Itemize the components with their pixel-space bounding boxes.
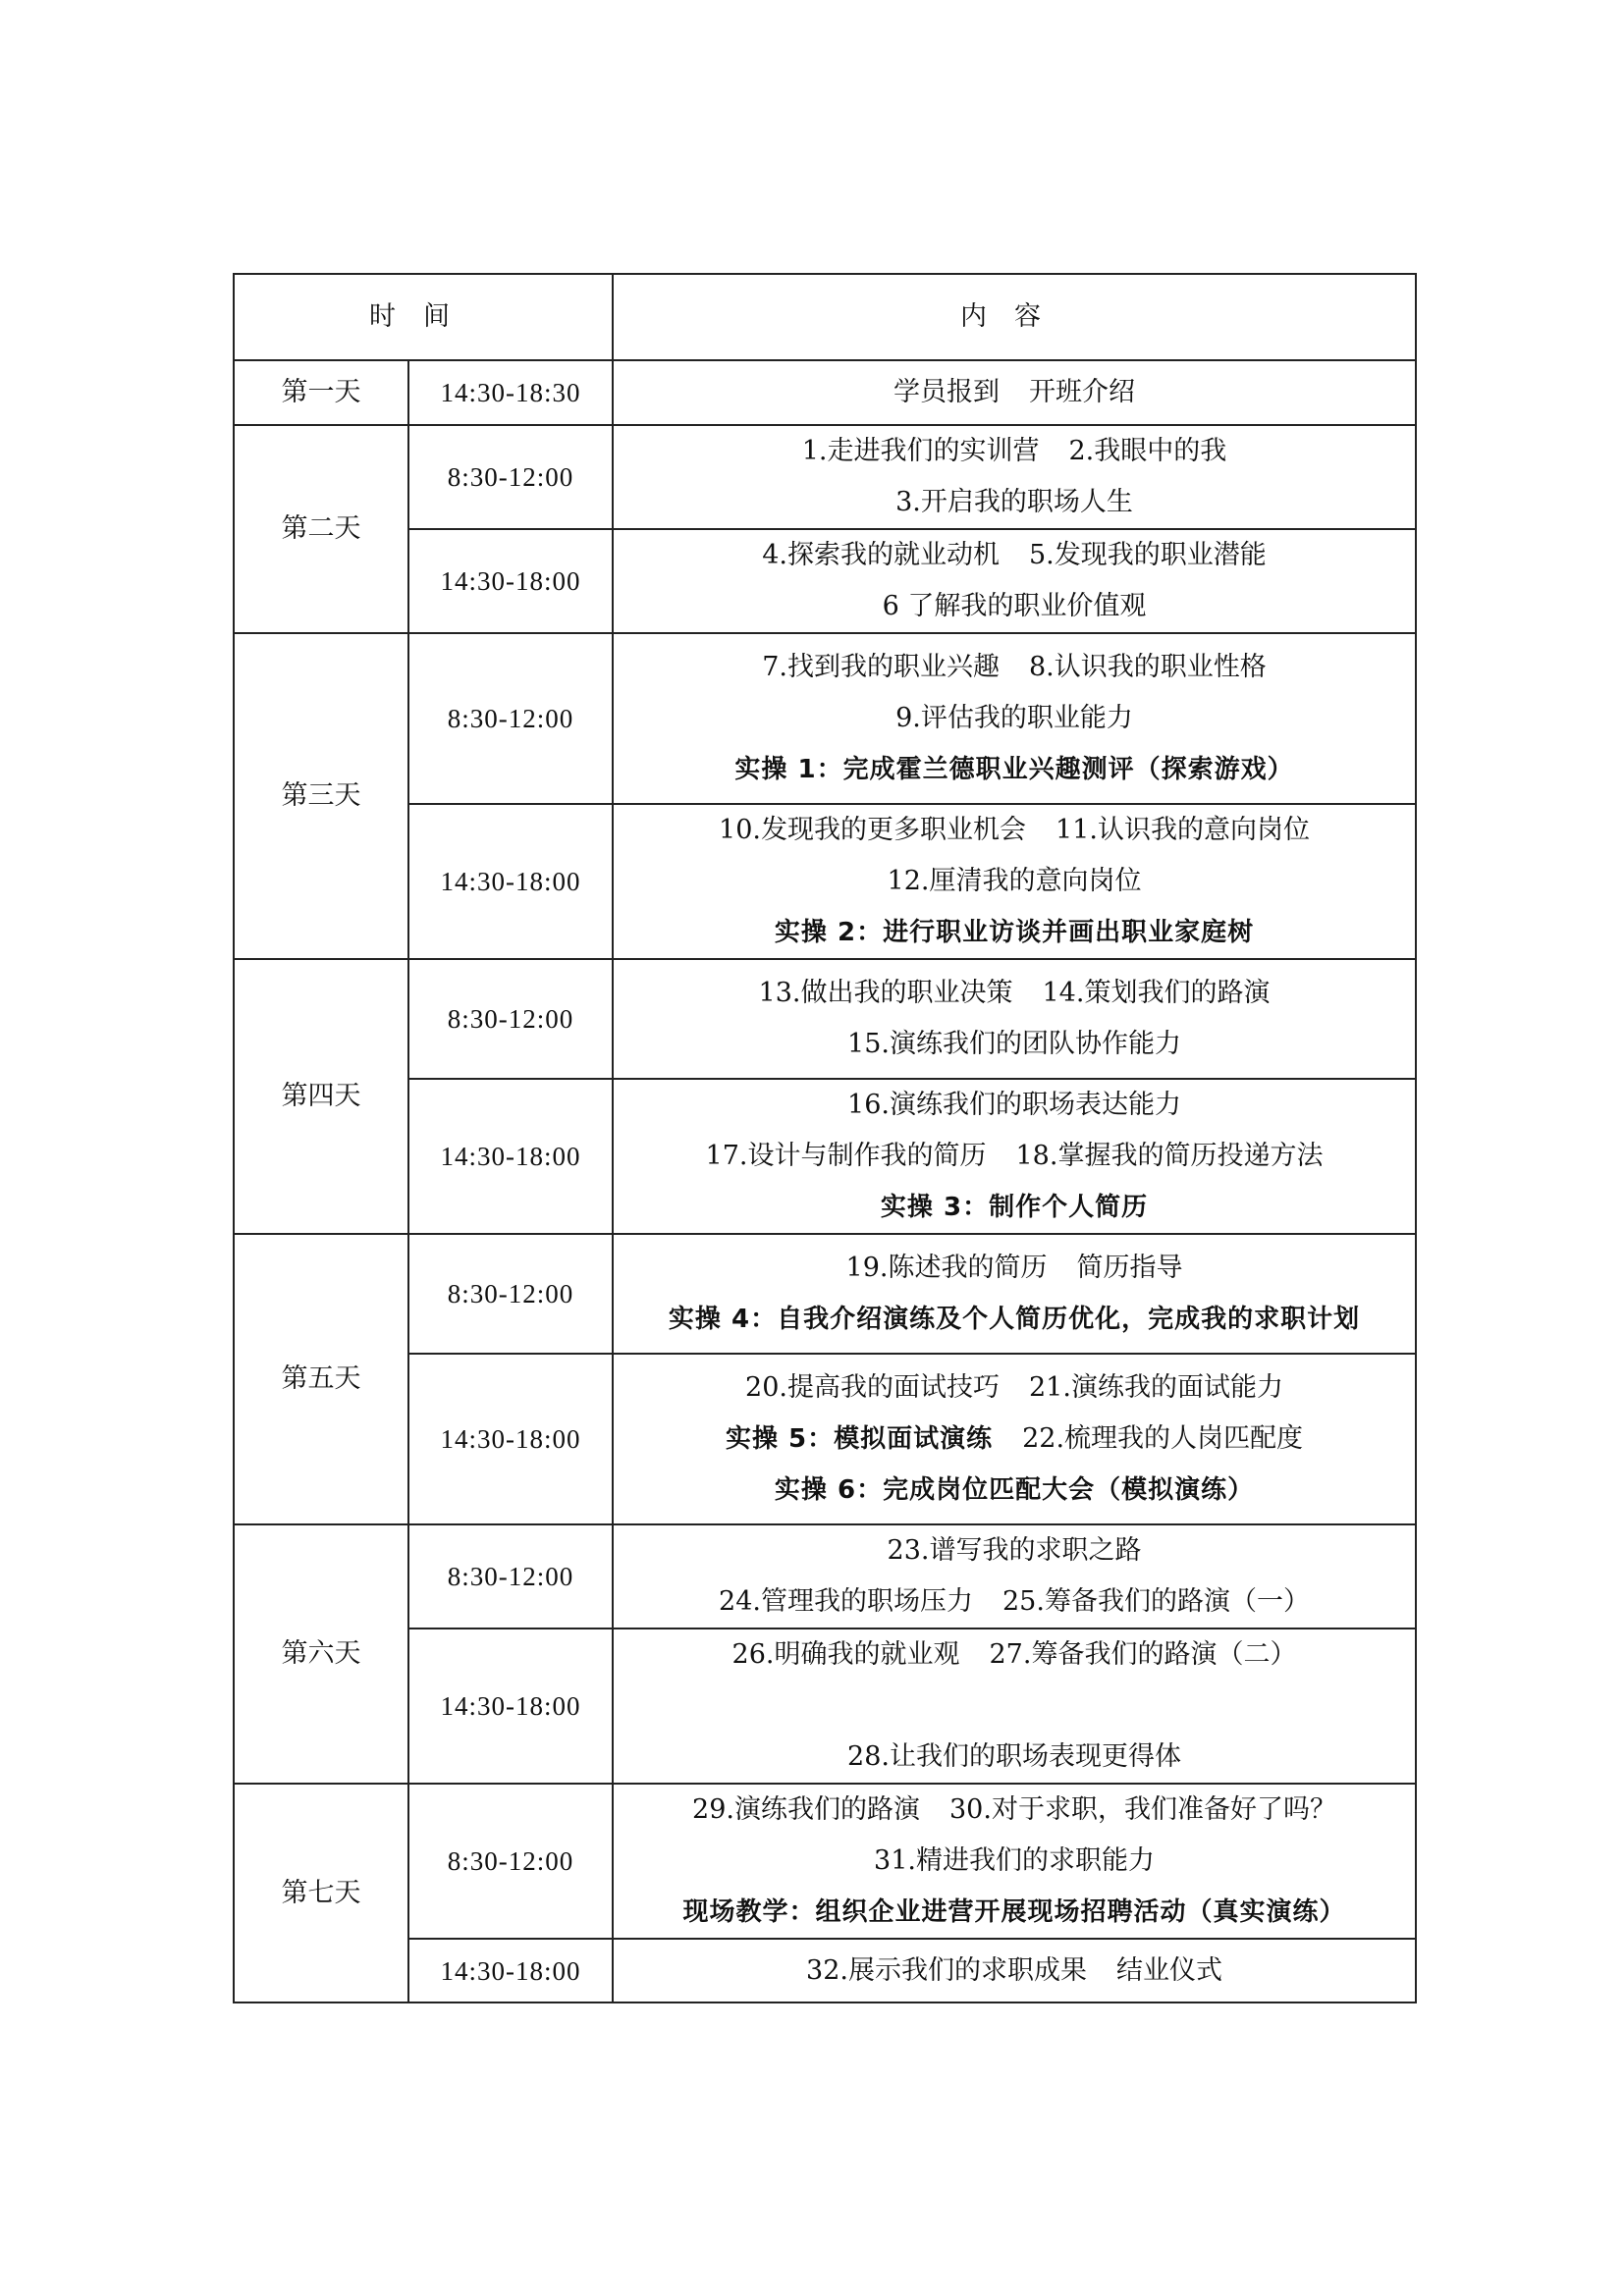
session-row: 14:30-18:0010.发现我的更多职业机会11.认识我的意向岗位12.厘清… — [234, 804, 1416, 959]
content-line: 10.发现我的更多职业机会11.认识我的意向岗位 — [614, 805, 1415, 856]
session-time: 14:30-18:30 — [408, 360, 613, 425]
content-line: 29.演练我们的路演30.对于求职，我们准备好了吗？ — [614, 1785, 1415, 1836]
lesson-item: 26.明确我的就业观 — [732, 1639, 960, 1670]
lesson-item: 27.筹备我们的路演（二） — [990, 1639, 1297, 1670]
lesson-item: 3.开启我的职场人生 — [895, 487, 1133, 517]
session-row: 第三天8:30-12:007.找到我的职业兴趣8.认识我的职业性格9.评估我的职… — [234, 633, 1416, 804]
session-time: 14:30-18:00 — [408, 1939, 613, 2002]
lesson-item: 10.发现我的更多职业机会 — [719, 815, 1026, 845]
content-line — [614, 1681, 1415, 1732]
content-line: 13.做出我的职业决策14.策划我们的路演 — [614, 968, 1415, 1019]
session-row: 14:30-18:0026.明确我的就业观27.筹备我们的路演（二） 28.让我… — [234, 1629, 1416, 1784]
session-row: 第六天8:30-12:0023.谱写我的求职之路24.管理我的职场压力25.筹备… — [234, 1524, 1416, 1629]
content-line: 3.开启我的职场人生 — [614, 477, 1415, 528]
practice-item: 实操 3：制作个人简历 — [881, 1193, 1148, 1222]
lesson-item: 32.展示我们的求职成果 — [806, 1955, 1087, 1986]
content-line: 学员报到开班介绍 — [614, 367, 1415, 418]
session-content: 20.提高我的面试技巧21.演练我的面试能力实操 5：模拟面试演练22.梳理我的… — [613, 1354, 1416, 1524]
session-row: 第四天8:30-12:0013.做出我的职业决策14.策划我们的路演15.演练我… — [234, 959, 1416, 1079]
day-label: 第二天 — [234, 425, 408, 633]
practice-item: 实操 4：自我介绍演练及个人简历优化，完成我的求职计划 — [669, 1305, 1360, 1334]
session-time: 14:30-18:00 — [408, 529, 613, 633]
session-row: 第一天14:30-18:30学员报到开班介绍 — [234, 360, 1416, 425]
session-content: 26.明确我的就业观27.筹备我们的路演（二） 28.让我们的职场表现更得体 — [613, 1629, 1416, 1784]
lesson-item: 开班介绍 — [1029, 377, 1135, 407]
lesson-item: 17.设计与制作我的简历 — [706, 1141, 987, 1171]
lesson-item: 28.让我们的职场表现更得体 — [847, 1741, 1181, 1772]
session-content: 32.展示我们的求职成果结业仪式 — [613, 1939, 1416, 2002]
practice-item: 实操 5：模拟面试演练 — [726, 1424, 993, 1454]
content-line: 20.提高我的面试技巧21.演练我的面试能力 — [614, 1362, 1415, 1414]
practice-item: 实操 1：完成霍兰德职业兴趣测评（探索游戏） — [734, 755, 1293, 784]
lesson-item: 24.管理我的职场压力 — [719, 1586, 973, 1617]
session-time: 8:30-12:00 — [408, 425, 613, 529]
practice-item: 实操 2：进行职业访谈并画出职业家庭树 — [775, 918, 1254, 947]
lesson-item: 简历指导 — [1076, 1253, 1182, 1283]
session-time: 8:30-12:00 — [408, 1784, 613, 1939]
day-label: 第三天 — [234, 633, 408, 959]
session-content: 1.走进我们的实训营2.我眼中的我3.开启我的职场人生 — [613, 425, 1416, 529]
session-time: 14:30-18:00 — [408, 804, 613, 959]
lesson-item: 21.演练我的面试能力 — [1029, 1372, 1283, 1403]
content-line: 实操 3：制作个人简历 — [614, 1182, 1415, 1233]
lesson-item: 23.谱写我的求职之路 — [888, 1535, 1142, 1566]
session-row: 第七天8:30-12:0029.演练我们的路演30.对于求职，我们准备好了吗？3… — [234, 1784, 1416, 1939]
day-label: 第四天 — [234, 959, 408, 1234]
content-line: 7.找到我的职业兴趣8.认识我的职业性格 — [614, 642, 1415, 693]
session-content: 10.发现我的更多职业机会11.认识我的意向岗位12.厘清我的意向岗位实操 2：… — [613, 804, 1416, 959]
session-row: 14:30-18:004.探索我的就业动机5.发现我的职业潜能6 了解我的职业价… — [234, 529, 1416, 633]
session-content: 16.演练我们的职场表达能力17.设计与制作我的简历18.掌握我的简历投递方法实… — [613, 1079, 1416, 1234]
session-row: 14:30-18:0016.演练我们的职场表达能力17.设计与制作我的简历18.… — [234, 1079, 1416, 1234]
lesson-item: 8.认识我的职业性格 — [1029, 652, 1267, 682]
content-line: 实操 4：自我介绍演练及个人简历优化，完成我的求职计划 — [614, 1294, 1415, 1345]
content-line: 19.陈述我的简历简历指导 — [614, 1243, 1415, 1294]
content-line: 4.探索我的就业动机5.发现我的职业潜能 — [614, 530, 1415, 581]
lesson-item: 29.演练我们的路演 — [692, 1794, 920, 1825]
lesson-item: 25.筹备我们的路演（一） — [1002, 1586, 1310, 1617]
lesson-item: 13.做出我的职业决策 — [759, 978, 1013, 1008]
header-content: 内容 — [613, 274, 1416, 360]
lesson-item: 31.精进我们的求职能力 — [874, 1845, 1155, 1876]
lesson-item: 16.演练我们的职场表达能力 — [847, 1090, 1181, 1120]
lesson-item: 2.我眼中的我 — [1069, 436, 1227, 466]
session-time: 14:30-18:00 — [408, 1079, 613, 1234]
content-line: 实操 5：模拟面试演练22.梳理我的人岗匹配度 — [614, 1414, 1415, 1465]
session-row: 14:30-18:0032.展示我们的求职成果结业仪式 — [234, 1939, 1416, 2002]
session-content: 学员报到开班介绍 — [613, 360, 1416, 425]
session-time: 8:30-12:00 — [408, 1524, 613, 1629]
session-time: 8:30-12:00 — [408, 959, 613, 1079]
header-time: 时间 — [234, 274, 613, 360]
lesson-item: 6 了解我的职业价值观 — [883, 591, 1147, 621]
lesson-item: 5.发现我的职业潜能 — [1029, 540, 1267, 570]
day-label: 第五天 — [234, 1234, 408, 1524]
session-row: 第五天8:30-12:0019.陈述我的简历简历指导实操 4：自我介绍演练及个人… — [234, 1234, 1416, 1354]
content-line: 26.明确我的就业观27.筹备我们的路演（二） — [614, 1629, 1415, 1681]
content-line: 1.走进我们的实训营2.我眼中的我 — [614, 426, 1415, 477]
lesson-item: 14.策划我们的路演 — [1043, 978, 1271, 1008]
content-line: 实操 6：完成岗位匹配大会（模拟演练） — [614, 1465, 1415, 1516]
content-line: 17.设计与制作我的简历18.掌握我的简历投递方法 — [614, 1131, 1415, 1182]
session-content: 7.找到我的职业兴趣8.认识我的职业性格9.评估我的职业能力实操 1：完成霍兰德… — [613, 633, 1416, 804]
lesson-item: 11.认识我的意向岗位 — [1056, 815, 1310, 845]
content-line: 现场教学：组织企业进营开展现场招聘活动（真实演练） — [614, 1887, 1415, 1938]
lesson-item: 22.梳理我的人岗匹配度 — [1022, 1423, 1303, 1454]
lesson-item: 1.走进我们的实训营 — [802, 436, 1040, 466]
content-line: 31.精进我们的求职能力 — [614, 1836, 1415, 1887]
lesson-item: 19.陈述我的简历 — [846, 1253, 1048, 1283]
practice-item: 现场教学：组织企业进营开展现场招聘活动（真实演练） — [682, 1897, 1345, 1927]
content-line: 24.管理我的职场压力25.筹备我们的路演（一） — [614, 1576, 1415, 1628]
day-label: 第七天 — [234, 1784, 408, 2002]
session-content: 19.陈述我的简历简历指导实操 4：自我介绍演练及个人简历优化，完成我的求职计划 — [613, 1234, 1416, 1354]
day-label: 第六天 — [234, 1524, 408, 1784]
content-line: 6 了解我的职业价值观 — [614, 581, 1415, 632]
lesson-item: 9.评估我的职业能力 — [895, 703, 1133, 733]
content-line: 23.谱写我的求职之路 — [614, 1525, 1415, 1576]
session-time: 8:30-12:00 — [408, 633, 613, 804]
lesson-item: 15.演练我们的团队协作能力 — [847, 1029, 1181, 1059]
session-row: 第二天8:30-12:001.走进我们的实训营2.我眼中的我3.开启我的职场人生 — [234, 425, 1416, 529]
content-line: 28.让我们的职场表现更得体 — [614, 1732, 1415, 1783]
session-time: 14:30-18:00 — [408, 1354, 613, 1524]
content-line: 9.评估我的职业能力 — [614, 693, 1415, 744]
session-content: 13.做出我的职业决策14.策划我们的路演15.演练我们的团队协作能力 — [613, 959, 1416, 1079]
content-line: 实操 2：进行职业访谈并画出职业家庭树 — [614, 907, 1415, 958]
session-time: 14:30-18:00 — [408, 1629, 613, 1784]
lesson-item: 30.对于求职，我们准备好了吗？ — [949, 1794, 1336, 1825]
lesson-item: 学员报到 — [893, 377, 1000, 407]
schedule-table: 时间 内容 第一天14:30-18:30学员报到开班介绍第二天8:30-12:0… — [233, 273, 1417, 2003]
day-label: 第一天 — [234, 360, 408, 425]
session-content: 4.探索我的就业动机5.发现我的职业潜能6 了解我的职业价值观 — [613, 529, 1416, 633]
content-line: 12.厘清我的意向岗位 — [614, 856, 1415, 907]
lesson-item: 4.探索我的就业动机 — [762, 540, 1000, 570]
session-content: 29.演练我们的路演30.对于求职，我们准备好了吗？31.精进我们的求职能力现场… — [613, 1784, 1416, 1939]
content-line: 32.展示我们的求职成果结业仪式 — [614, 1946, 1415, 1997]
lesson-item: 7.找到我的职业兴趣 — [762, 652, 1000, 682]
lesson-item: 结业仪式 — [1116, 1955, 1222, 1986]
header-row: 时间 内容 — [234, 274, 1416, 360]
content-line: 15.演练我们的团队协作能力 — [614, 1019, 1415, 1070]
schedule-body: 第一天14:30-18:30学员报到开班介绍第二天8:30-12:001.走进我… — [234, 360, 1416, 2002]
session-content: 23.谱写我的求职之路24.管理我的职场压力25.筹备我们的路演（一） — [613, 1524, 1416, 1629]
practice-item: 实操 6：完成岗位匹配大会（模拟演练） — [775, 1475, 1254, 1505]
lesson-item: 12.厘清我的意向岗位 — [888, 866, 1142, 896]
session-time: 8:30-12:00 — [408, 1234, 613, 1354]
lesson-item: 18.掌握我的简历投递方法 — [1016, 1141, 1324, 1171]
session-row: 14:30-18:0020.提高我的面试技巧21.演练我的面试能力实操 5：模拟… — [234, 1354, 1416, 1524]
lesson-item: 20.提高我的面试技巧 — [745, 1372, 1000, 1403]
content-line: 实操 1：完成霍兰德职业兴趣测评（探索游戏） — [614, 744, 1415, 795]
content-line: 16.演练我们的职场表达能力 — [614, 1080, 1415, 1131]
